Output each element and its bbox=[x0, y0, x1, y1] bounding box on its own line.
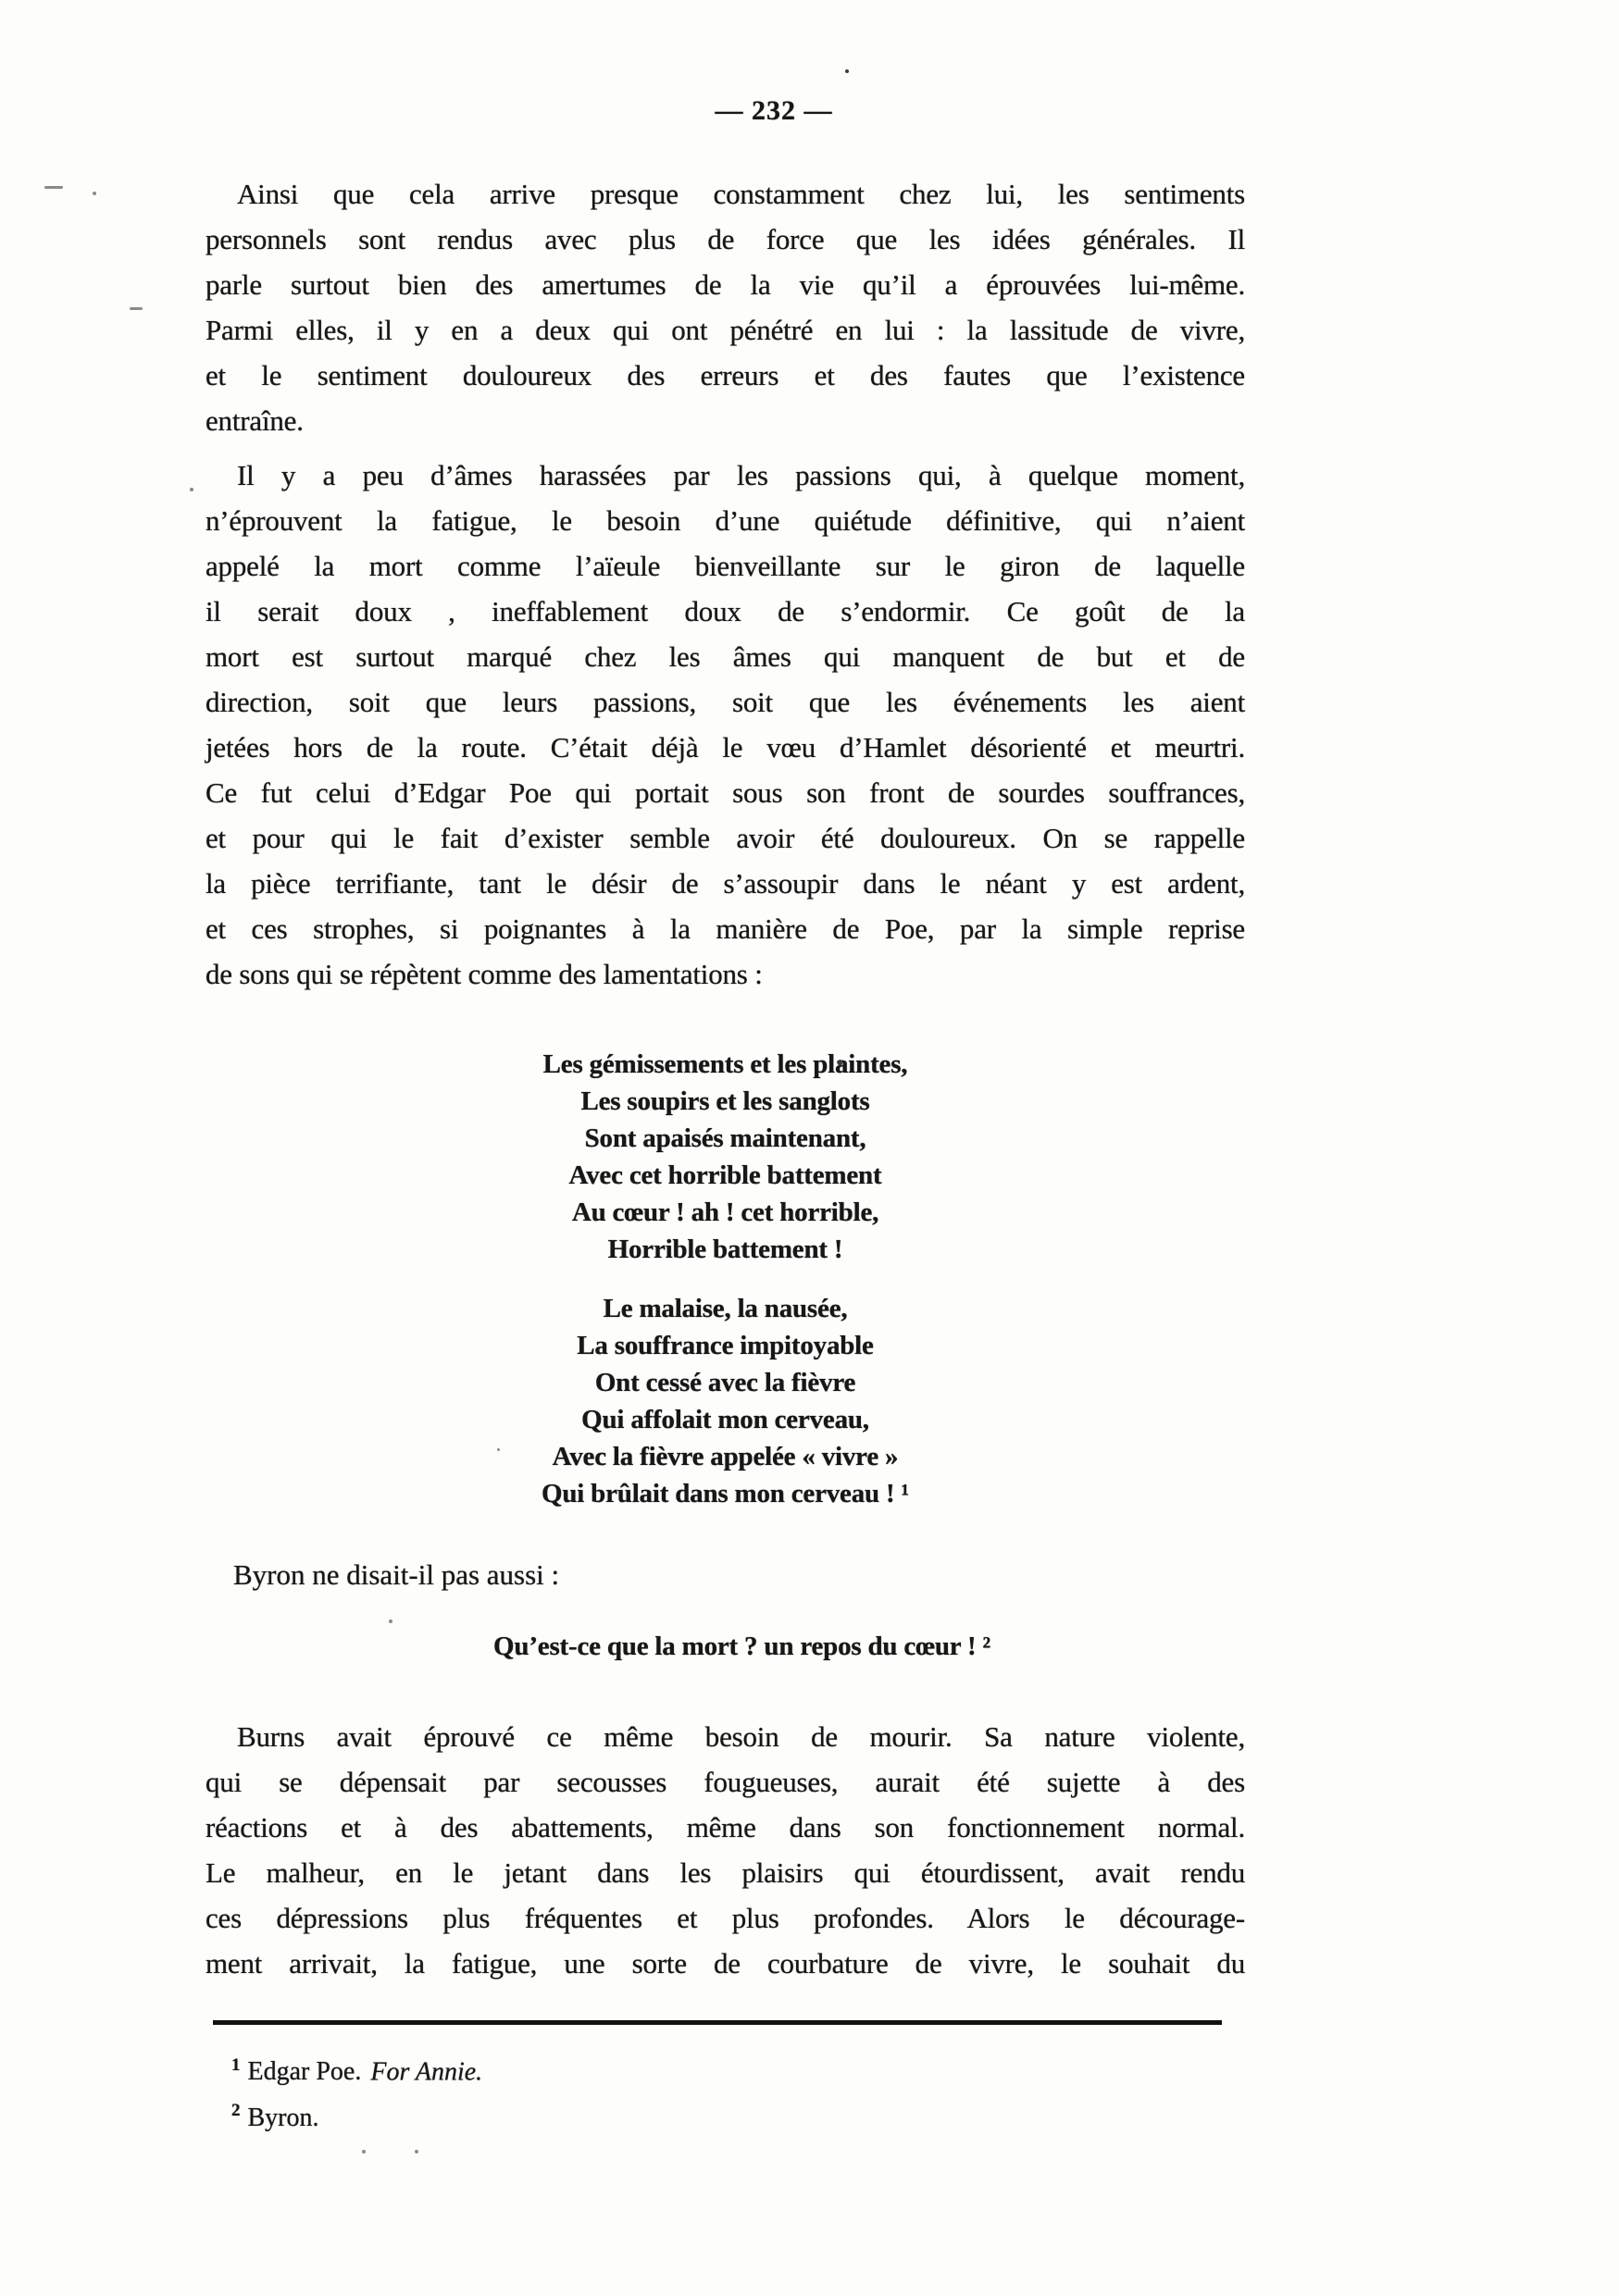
poem-line: Qui brûlait dans mon cerveau ! ¹ bbox=[205, 1475, 1245, 1512]
ink-speck bbox=[190, 488, 193, 491]
paragraph-2: Il y a peu d’âmes harassées par les pass… bbox=[205, 453, 1245, 997]
text-line: et le sentiment douloureux des erreurs e… bbox=[205, 353, 1245, 398]
poem-stanza-2: Le malaise, la nausée, La souffrance imp… bbox=[205, 1290, 1245, 1512]
ink-speck bbox=[93, 192, 96, 195]
text-line: Parmi elles, il y en a deux qui ont péné… bbox=[205, 307, 1245, 353]
text-line: de sons qui se répètent comme des lament… bbox=[205, 951, 1245, 997]
page-number: — 232 — bbox=[0, 95, 1548, 127]
footnote-source: Byron. bbox=[248, 2104, 319, 2132]
ink-speck bbox=[415, 2150, 418, 2153]
book-page: — 232 — Ainsi que cela arrive presque co… bbox=[0, 0, 1619, 2296]
text-line: réactions et à des abattements, même dan… bbox=[205, 1805, 1245, 1850]
text-line: mort est surtout marqué chez les âmes qu… bbox=[205, 634, 1245, 679]
footnote-work-title: For Annie. bbox=[370, 2057, 482, 2086]
text-line: ment arrivait, la fatigue, une sorte de … bbox=[205, 1941, 1245, 1986]
text-line: entraîne. bbox=[205, 398, 1245, 443]
text-line: qui se dépensait par secousses fougueuse… bbox=[205, 1759, 1245, 1805]
text-line: et ces strophes, si poignantes à la mani… bbox=[205, 906, 1245, 951]
poem-line: La souffrance impitoyable bbox=[205, 1327, 1245, 1364]
text-line: personnels sont rendus avec plus de forc… bbox=[205, 217, 1245, 262]
text-line: appelé la mort comme l’aïeule bienveilla… bbox=[205, 543, 1245, 589]
byron-quote-line: Qu’est-ce que la mort ? un repos du cœur… bbox=[222, 1632, 1262, 1662]
text-line: la pièce terrifiante, tant le désir de s… bbox=[205, 861, 1245, 906]
text-line: ces dépressions plus fréquentes et plus … bbox=[205, 1895, 1245, 1941]
poem-line: Ont cessé avec la fièvre bbox=[205, 1364, 1245, 1401]
text-line: jetées hors de la route. C’était déjà le… bbox=[205, 725, 1245, 770]
text-line: direction, soit que leurs passions, soit… bbox=[205, 679, 1245, 725]
ink-speck bbox=[389, 1620, 392, 1623]
ink-speck bbox=[838, 1060, 842, 1066]
footnote-1: 1Edgar Poe.For Annie. bbox=[205, 2046, 1245, 2091]
paragraph-3: Burns avait éprouvé ce même besoin de mo… bbox=[205, 1714, 1245, 1986]
poem-line: Avec la fièvre appelée « vivre » bbox=[205, 1438, 1245, 1475]
footnote-source: Edgar Poe. bbox=[248, 2057, 362, 2086]
poem-line: Le malaise, la nausée, bbox=[205, 1290, 1245, 1327]
poem-line: Les soupirs et les sanglots bbox=[205, 1083, 1245, 1120]
footnote-separator-rule bbox=[213, 2020, 1222, 2025]
poem-line: Sont apaisés maintenant, bbox=[205, 1120, 1245, 1157]
poem-line: Au cœur ! ah ! cet horrible, bbox=[205, 1194, 1245, 1231]
footnote-marker: 1 bbox=[231, 2055, 241, 2075]
footnotes: 1Edgar Poe.For Annie. 2Byron. bbox=[205, 2046, 1245, 2138]
ink-speck bbox=[845, 69, 849, 73]
ink-speck bbox=[362, 2150, 366, 2153]
text-line: parle surtout bien des amertumes de la v… bbox=[205, 262, 1245, 307]
ink-speck bbox=[44, 186, 63, 189]
poem-line: Avec cet horrible battement bbox=[205, 1157, 1245, 1194]
footnote-2: 2Byron. bbox=[205, 2091, 1245, 2137]
poem-line: Horrible battement ! bbox=[205, 1231, 1245, 1268]
footnote-marker: 2 bbox=[231, 2101, 241, 2120]
paragraph-1: Ainsi que cela arrive presque constammen… bbox=[205, 171, 1245, 443]
text-line: Ce fut celui d’Edgar Poe qui portait sou… bbox=[205, 770, 1245, 815]
text-line: Il y a peu d’âmes harassées par les pass… bbox=[205, 453, 1245, 498]
ink-speck bbox=[497, 1448, 500, 1451]
text-line: n’éprouvent la fatigue, le besoin d’une … bbox=[205, 498, 1245, 543]
byron-intro-line: Byron ne disait-il pas aussi : bbox=[205, 1552, 1245, 1597]
poem-stanza-1: Les gémissements et les plaintes, Les so… bbox=[205, 1046, 1245, 1268]
poem-line: Qui affolait mon cerveau, bbox=[205, 1401, 1245, 1438]
text-line: Burns avait éprouvé ce même besoin de mo… bbox=[205, 1714, 1245, 1759]
ink-speck bbox=[130, 307, 143, 310]
poem-line: Les gémissements et les plaintes, bbox=[205, 1046, 1245, 1083]
text-line: Ainsi que cela arrive presque constammen… bbox=[205, 171, 1245, 217]
text-line: il serait doux , ineffablement doux de s… bbox=[205, 589, 1245, 634]
text-line: Le malheur, en le jetant dans les plaisi… bbox=[205, 1850, 1245, 1895]
text-line: et pour qui le fait d’exister semble avo… bbox=[205, 815, 1245, 861]
